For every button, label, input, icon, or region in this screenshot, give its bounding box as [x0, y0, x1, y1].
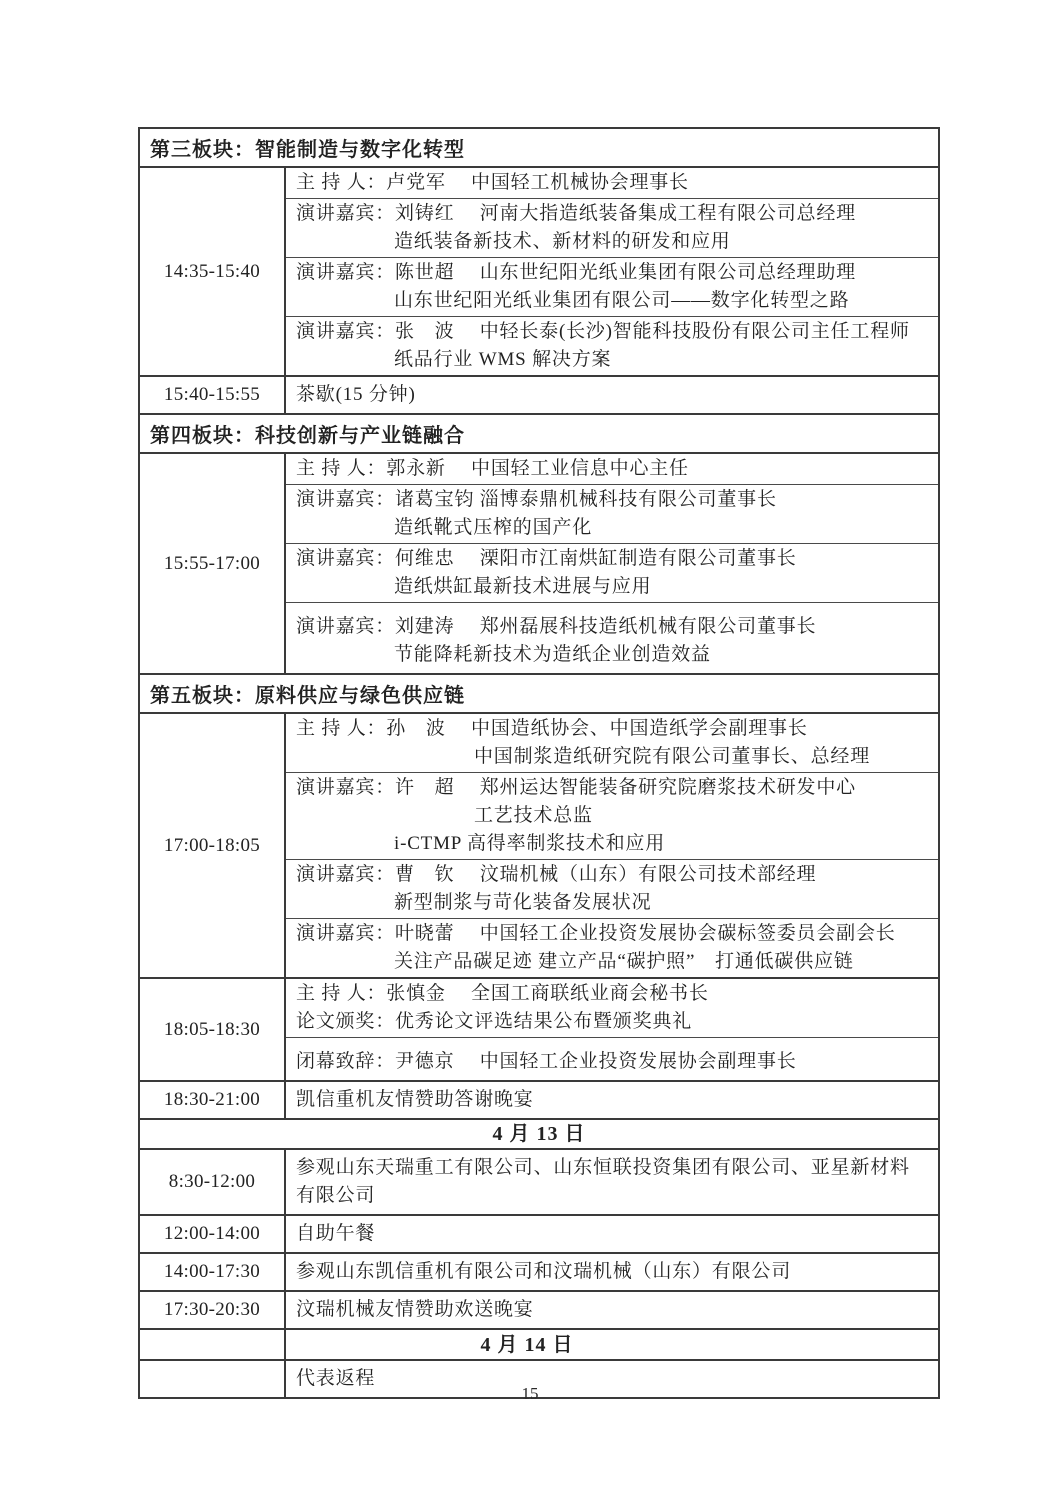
row-content: 主 持 人：张慎金 全国工商联纸业商会秘书长论文颁奖：优秀论文评选结果公布暨颁奖…: [286, 979, 938, 1080]
row-content: 茶歇(15 分钟): [286, 377, 938, 413]
row-content: 4 月 14 日: [286, 1330, 938, 1359]
time-cell: [140, 1330, 286, 1359]
time-value: 8:30-12:00: [169, 1171, 255, 1193]
agenda-line: 山东世纪阳光纸业集团有限公司——数字化转型之路: [286, 287, 938, 315]
time-value: 12:00-14:00: [164, 1223, 260, 1245]
speaker-block: 演讲嘉宾：张 波 中轻长泰(长沙)智能科技股份有限公司主任工程师纸品行业 WMS…: [286, 316, 938, 375]
schedule-row: 12:00-14:00自助午餐: [140, 1214, 938, 1252]
time-value: 15:55-17:00: [164, 553, 260, 575]
schedule-row: 17:30-20:30汶瑞机械友情赞助欢送晚宴: [140, 1290, 938, 1328]
section-header-row: 第四板块：科技创新与产业链融合: [140, 413, 938, 452]
speaker-block: 演讲嘉宾：刘铸红 河南大指造纸装备集成工程有限公司总经理造纸装备新技术、新材料的…: [286, 198, 938, 257]
section-header-row: 第三板块：智能制造与数字化转型: [140, 129, 938, 166]
schedule-row: 8:30-12:00参观山东天瑞重工有限公司、山东恒联投资集团有限公司、亚星新材…: [140, 1148, 938, 1214]
row-content: 主 持 人：卢党军 中国轻工机械协会理事长演讲嘉宾：刘铸红 河南大指造纸装备集成…: [286, 168, 938, 375]
speaker-block: 演讲嘉宾：叶晓蕾 中国轻工企业投资发展协会碳标签委员会副会长关注产品碳足迹 建立…: [286, 918, 938, 977]
agenda-line: 演讲嘉宾：何维忠 溧阳市江南烘缸制造有限公司董事长: [286, 545, 938, 573]
time-value: 17:00-18:05: [164, 835, 260, 857]
session-row: 15:55-17:00主 持 人：郭永新 中国轻工业信息中心主任演讲嘉宾：诸葛宝…: [140, 452, 938, 673]
time-cell: 17:00-18:05: [140, 714, 286, 977]
event-text: 汶瑞机械友情赞助欢送晚宴: [286, 1296, 928, 1324]
section-header-row: 第五板块：原料供应与绿色供应链: [140, 673, 938, 712]
agenda-line: 演讲嘉宾：刘铸红 河南大指造纸装备集成工程有限公司总经理: [286, 200, 938, 228]
agenda-line: 演讲嘉宾：叶晓蕾 中国轻工企业投资发展协会碳标签委员会副会长: [286, 920, 938, 948]
session-row: 17:00-18:05主 持 人：孙 波 中国造纸协会、中国造纸学会副理事长中国…: [140, 712, 938, 977]
row-content: 参观山东凯信重机有限公司和汶瑞机械（山东）有限公司: [286, 1254, 938, 1290]
agenda-line: 造纸烘缸最新技术进展与应用: [286, 573, 938, 601]
time-value: 15:40-15:55: [164, 384, 260, 406]
agenda-line: 主 持 人：孙 波 中国造纸协会、中国造纸学会副理事长: [286, 715, 938, 743]
agenda-table: 第三板块：智能制造与数字化转型14:35-15:40主 持 人：卢党军 中国轻工…: [138, 127, 940, 1399]
section-title: 第四板块：科技创新与产业链融合: [140, 415, 475, 452]
event-text: 凯信重机友情赞助答谢晚宴: [286, 1086, 928, 1114]
time-cell: 14:00-17:30: [140, 1254, 286, 1290]
agenda-line: 演讲嘉宾：张 波 中轻长泰(长沙)智能科技股份有限公司主任工程师: [286, 318, 938, 346]
agenda-line: 中国制浆造纸研究院有限公司董事长、总经理: [286, 743, 938, 771]
agenda-line: 造纸靴式压榨的国产化: [286, 514, 938, 542]
agenda-line: 演讲嘉宾：曹 钦 汶瑞机械（山东）有限公司技术部经理: [286, 861, 938, 889]
schedule-row: 14:00-17:30参观山东凯信重机有限公司和汶瑞机械（山东）有限公司: [140, 1252, 938, 1290]
time-cell: 14:35-15:40: [140, 168, 286, 375]
time-cell: 8:30-12:00: [140, 1150, 286, 1214]
speaker-block: 演讲嘉宾：诸葛宝钧 淄博泰鼎机械科技有限公司董事长造纸靴式压榨的国产化: [286, 484, 938, 543]
agenda-line: 主 持 人：卢党军 中国轻工机械协会理事长: [286, 169, 938, 197]
schedule-row: 18:30-21:00凯信重机友情赞助答谢晚宴: [140, 1080, 938, 1118]
agenda-line: 主 持 人：郭永新 中国轻工业信息中心主任: [286, 455, 938, 483]
agenda-line: 节能降耗新技术为造纸企业创造效益: [286, 641, 938, 669]
row-content: 参观山东天瑞重工有限公司、山东恒联投资集团有限公司、亚星新材料有限公司: [286, 1150, 938, 1214]
row-content: 汶瑞机械友情赞助欢送晚宴: [286, 1292, 938, 1328]
event-text: 参观山东天瑞重工有限公司、山东恒联投资集团有限公司、亚星新材料有限公司: [286, 1154, 928, 1210]
section-title: 第三板块：智能制造与数字化转型: [140, 129, 475, 166]
speaker-block: 演讲嘉宾：曹 钦 汶瑞机械（山东）有限公司技术部经理新型制浆与苛化装备发展状况: [286, 859, 938, 918]
speaker-block: 演讲嘉宾：何维忠 溧阳市江南烘缸制造有限公司董事长造纸烘缸最新技术进展与应用: [286, 543, 938, 602]
date-label: 4 月 14 日: [481, 1332, 574, 1358]
agenda-line: i-CTMP 高得率制浆技术和应用: [286, 830, 938, 858]
agenda-line: 演讲嘉宾：许 超 郑州运达智能装备研究院磨浆技术研发中心: [286, 774, 938, 802]
document-page: 第三板块：智能制造与数字化转型14:35-15:40主 持 人：卢党军 中国轻工…: [0, 0, 1060, 1500]
agenda-line: 演讲嘉宾：陈世超 山东世纪阳光纸业集团有限公司总经理助理: [286, 259, 938, 287]
row-content: 自助午餐: [286, 1216, 938, 1252]
agenda-line: 演讲嘉宾：诸葛宝钧 淄博泰鼎机械科技有限公司董事长: [286, 486, 938, 514]
time-value: 18:30-21:00: [164, 1089, 260, 1111]
agenda-line: 新型制浆与苛化装备发展状况: [286, 889, 938, 917]
time-cell: 15:55-17:00: [140, 454, 286, 673]
time-cell: 17:30-20:30: [140, 1292, 286, 1328]
agenda-line: 工艺技术总监: [286, 802, 938, 830]
date-row: 4 月 14 日: [140, 1328, 938, 1359]
event-text: 自助午餐: [286, 1220, 928, 1248]
speaker-block: 主 持 人：卢党军 中国轻工机械协会理事长: [286, 168, 938, 198]
schedule-row: 15:40-15:55茶歇(15 分钟): [140, 375, 938, 413]
time-cell: 15:40-15:55: [140, 377, 286, 413]
row-content: 凯信重机友情赞助答谢晚宴: [286, 1082, 938, 1118]
time-cell: 18:30-21:00: [140, 1082, 286, 1118]
speaker-block: 主 持 人：郭永新 中国轻工业信息中心主任: [286, 454, 938, 484]
time-value: 14:00-17:30: [164, 1261, 260, 1283]
agenda-line: 关注产品碳足迹 建立产品“碳护照” 打通低碳供应链: [286, 948, 938, 976]
session-row: 14:35-15:40主 持 人：卢党军 中国轻工机械协会理事长演讲嘉宾：刘铸红…: [140, 166, 938, 375]
speaker-block: 闭幕致辞：尹德京 中国轻工企业投资发展协会副理事长: [286, 1037, 938, 1080]
speaker-block: 主 持 人：孙 波 中国造纸协会、中国造纸学会副理事长中国制浆造纸研究院有限公司…: [286, 714, 938, 772]
speaker-block: 演讲嘉宾：许 超 郑州运达智能装备研究院磨浆技术研发中心工艺技术总监i-CTMP…: [286, 772, 938, 859]
agenda-line: 主 持 人：张慎金 全国工商联纸业商会秘书长: [286, 980, 938, 1008]
time-value: 14:35-15:40: [164, 261, 260, 283]
event-text: 参观山东凯信重机有限公司和汶瑞机械（山东）有限公司: [286, 1258, 928, 1286]
speaker-block: 主 持 人：张慎金 全国工商联纸业商会秘书长论文颁奖：优秀论文评选结果公布暨颁奖…: [286, 979, 938, 1037]
agenda-line: 纸品行业 WMS 解决方案: [286, 346, 938, 374]
date-label: 4 月 13 日: [493, 1121, 586, 1147]
agenda-line: 演讲嘉宾：刘建涛 郑州磊展科技造纸机械有限公司董事长: [286, 613, 938, 641]
agenda-line: 论文颁奖：优秀论文评选结果公布暨颁奖典礼: [286, 1008, 938, 1036]
row-content: 主 持 人：孙 波 中国造纸协会、中国造纸学会副理事长中国制浆造纸研究院有限公司…: [286, 714, 938, 977]
speaker-block: 演讲嘉宾：刘建涛 郑州磊展科技造纸机械有限公司董事长节能降耗新技术为造纸企业创造…: [286, 602, 938, 673]
page-number: 15: [0, 1384, 1060, 1404]
speaker-block: 演讲嘉宾：陈世超 山东世纪阳光纸业集团有限公司总经理助理山东世纪阳光纸业集团有限…: [286, 257, 938, 316]
agenda-line: 闭幕致辞：尹德京 中国轻工企业投资发展协会副理事长: [286, 1048, 938, 1076]
agenda-line: 造纸装备新技术、新材料的研发和应用: [286, 228, 938, 256]
session-row: 18:05-18:30主 持 人：张慎金 全国工商联纸业商会秘书长论文颁奖：优秀…: [140, 977, 938, 1080]
date-row: 4 月 13 日: [140, 1118, 938, 1148]
time-cell: 18:05-18:30: [140, 979, 286, 1080]
event-text: 茶歇(15 分钟): [286, 381, 928, 409]
time-value: 17:30-20:30: [164, 1299, 260, 1321]
time-cell: 12:00-14:00: [140, 1216, 286, 1252]
time-value: 18:05-18:30: [164, 1019, 260, 1041]
section-title: 第五板块：原料供应与绿色供应链: [140, 675, 475, 712]
row-content: 主 持 人：郭永新 中国轻工业信息中心主任演讲嘉宾：诸葛宝钧 淄博泰鼎机械科技有…: [286, 454, 938, 673]
